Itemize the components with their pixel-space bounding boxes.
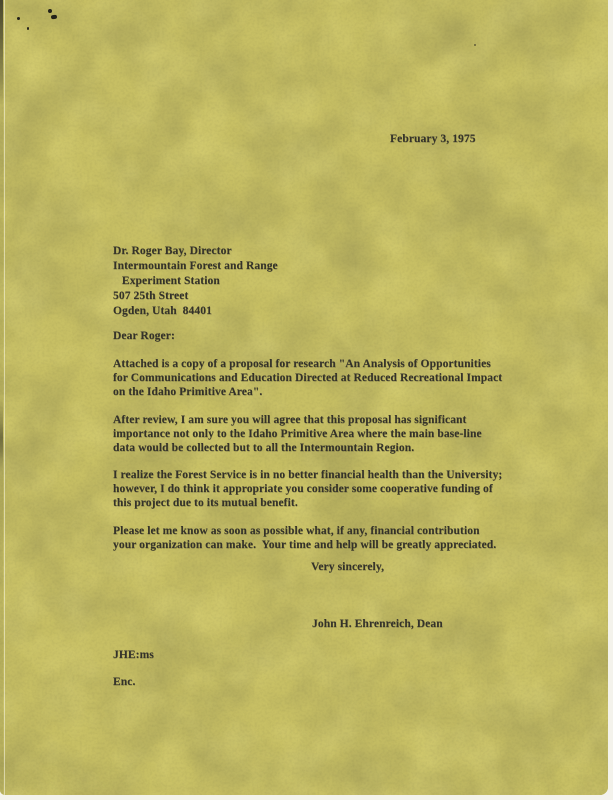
body-paragraph-2: After review, I am sure you will agree t… bbox=[113, 413, 482, 455]
body-paragraph-1: Attached is a copy of a proposal for res… bbox=[113, 357, 502, 399]
enclosure-notation: Enc. bbox=[113, 675, 135, 689]
typist-initials: JHE:ms bbox=[113, 648, 154, 662]
letter-paper: February 3, 1975 Dr. Roger Bay, Director… bbox=[0, 0, 608, 795]
signature-name: John H. Ehrenreich, Dean bbox=[312, 617, 443, 631]
body-paragraph-4: Please let me know as soon as possible w… bbox=[113, 524, 496, 552]
complimentary-close: Very sincerely, bbox=[311, 560, 384, 574]
recipient-address: Dr. Roger Bay, Director Intermountain Fo… bbox=[113, 244, 278, 319]
salutation: Dear Roger: bbox=[113, 329, 175, 343]
scanned-letter-page: February 3, 1975 Dr. Roger Bay, Director… bbox=[0, 0, 613, 800]
body-paragraph-3: I realize the Forest Service is in no be… bbox=[113, 468, 502, 510]
letter-text: February 3, 1975 Dr. Roger Bay, Director… bbox=[0, 0, 608, 795]
date-line: February 3, 1975 bbox=[390, 132, 476, 146]
